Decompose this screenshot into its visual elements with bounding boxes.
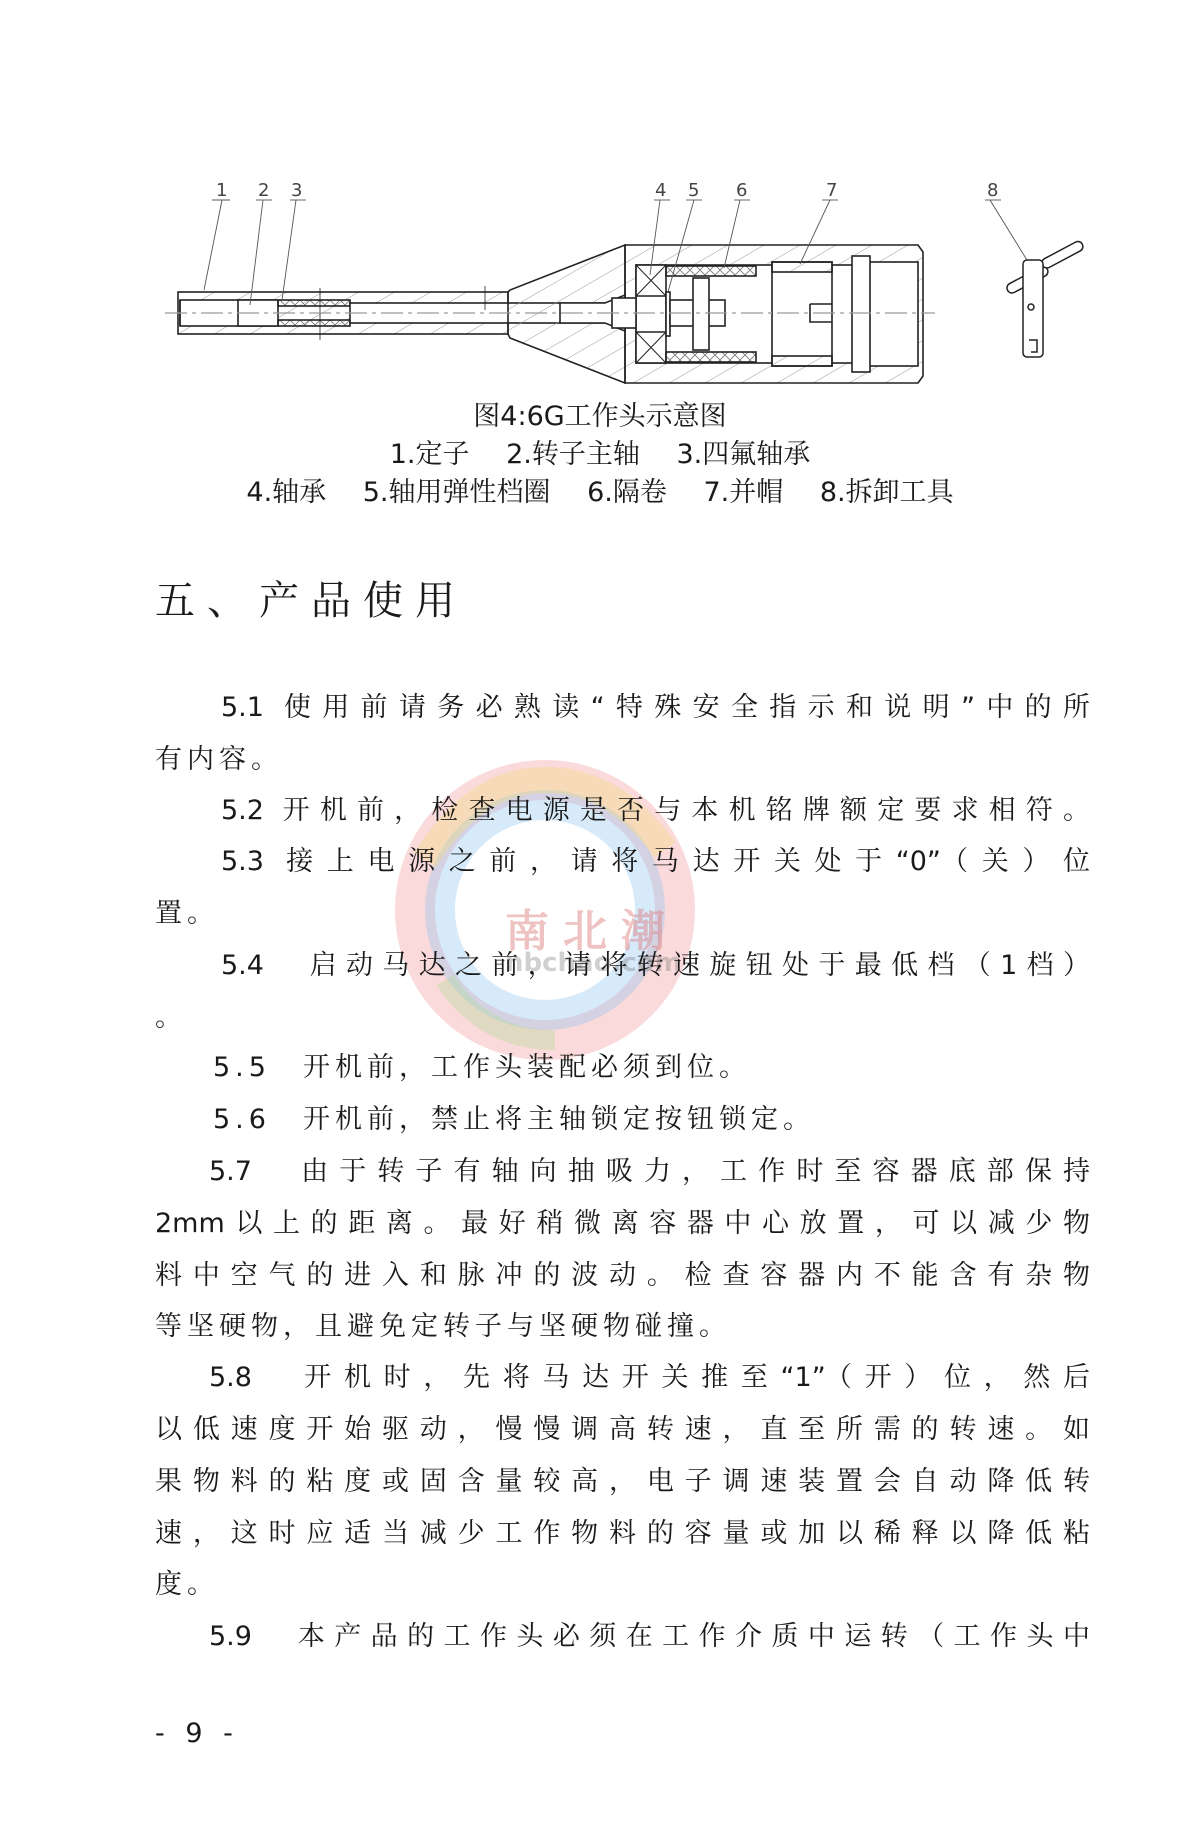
label-1: 1	[216, 180, 227, 201]
para-5-7-line-1: 5.7 由于转子有轴向抽吸力，工作时至容器底部保持	[155, 1154, 1090, 1190]
para-5-1-line-2: 有内容。	[155, 742, 1090, 778]
para-5-8-line-3: 果物料的粘度或固含量较高，电子调速装置会自动降低转	[155, 1464, 1090, 1500]
para-5-2-line-1: 5.2 开机前，检查电源是否与本机铭牌额定要求相符。	[155, 793, 1090, 829]
para-5-1-line-1: 5.1 使用前请务必熟读“特殊安全指示和说明”中的所	[155, 690, 1090, 726]
para-5-9-line-1: 5.9 本产品的工作头必须在工作介质中运转（工作头中	[155, 1619, 1090, 1655]
para-5-8-line-4: 速，这时应适当减少工作物料的容量或加以稀释以降低粘	[155, 1516, 1090, 1552]
legend-item: 3.四氟轴承	[676, 439, 810, 470]
label-3: 3	[291, 180, 302, 201]
figure-legend-line-1: 1.定子 2.转子主轴 3.四氟轴承	[0, 436, 1200, 474]
technical-drawing: 1 2 3 4 5 6 7 8	[0, 0, 1200, 400]
label-6: 6	[736, 180, 747, 201]
para-5-4-line-2: 。	[155, 1000, 1090, 1036]
para-5-8-line-5: 度。	[155, 1567, 1090, 1603]
figure-title: 图4:6G工作头示意图	[0, 398, 1200, 436]
para-5-4-line-1: 5.4 启动马达之前，请将转速旋钮处于最低档（1档）	[155, 948, 1090, 984]
section-heading: 五、产品使用	[155, 578, 467, 624]
para-5-7-line-4: 等坚硬物，且避免定转子与坚硬物碰撞。	[155, 1309, 1090, 1345]
label-7: 7	[826, 180, 837, 201]
legend-item: 6.隔卷	[587, 477, 667, 508]
legend-item: 1.定子	[390, 439, 470, 470]
working-head-diagram: 1 2 3 4 5 6 7 8	[0, 0, 1200, 400]
legend-item: 8.拆卸工具	[820, 477, 954, 508]
legend-item: 7.并帽	[703, 477, 783, 508]
para-5-8-line-1: 5.8 开机时，先将马达开关推至“1”（开）位，然后	[155, 1360, 1090, 1396]
label-8: 8	[987, 180, 998, 201]
legend-item: 4.轴承	[246, 477, 326, 508]
para-5-7-line-3: 料中空气的进入和脉冲的波动。检查容器内不能含有杂物	[155, 1258, 1090, 1294]
para-5-8-line-2: 以低速度开始驱动，慢慢调高转速，直至所需的转速。如	[155, 1412, 1090, 1448]
label-4: 4	[655, 180, 666, 201]
removal-tool-drawing	[1005, 240, 1084, 357]
label-5: 5	[688, 180, 699, 201]
figure-legend-line-2: 4.轴承 5.轴用弹性档圈 6.隔卷 7.并帽 8.拆卸工具	[0, 474, 1200, 512]
para-5-5-line-1: 5.5 开机前，工作头装配必须到位。	[155, 1050, 1090, 1086]
para-5-3-line-2: 置。	[155, 896, 1090, 932]
page-number: - 9 -	[155, 1718, 239, 1749]
para-5-3-line-1: 5.3 接上电源之前，请将马达开关处于“0”（关）位	[155, 844, 1090, 880]
legend-item: 5.轴用弹性档圈	[363, 477, 551, 508]
para-5-7-line-2: 2mm以上的距离。最好稍微离容器中心放置，可以减少物	[155, 1206, 1090, 1242]
label-2: 2	[258, 180, 269, 201]
para-5-6-line-1: 5.6 开机前，禁止将主轴锁定按钮锁定。	[155, 1102, 1090, 1138]
legend-item: 2.转子主轴	[506, 439, 640, 470]
